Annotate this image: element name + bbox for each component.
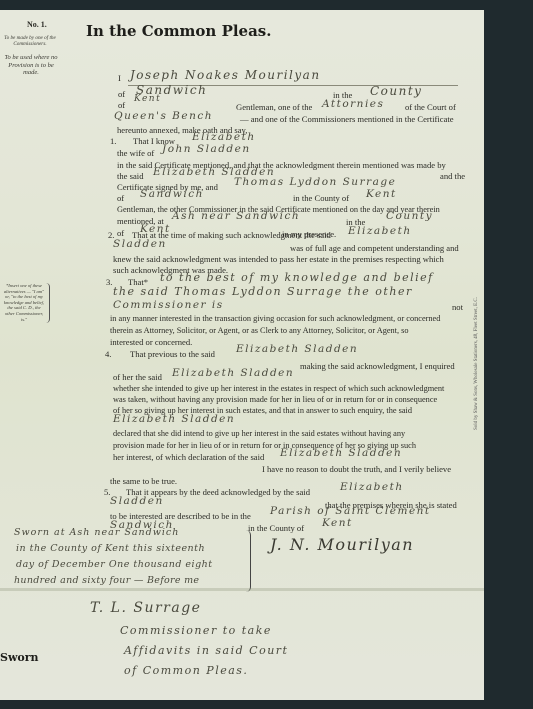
para-1-location: Ash near Sandwich: [172, 210, 300, 222]
para-4-text-10: the same to be true.: [110, 476, 177, 486]
para-4-text-1: That previous to the said: [130, 349, 215, 359]
para-4-name-2: Elizabeth Sladden: [172, 367, 294, 379]
para-1-number: 1.: [110, 136, 116, 146]
commissioner-title-1: Commissioner to take: [120, 624, 272, 637]
jurat-line-2: in the County of Kent this sixteenth: [16, 543, 205, 554]
margin-note-commissioners: To be made by one of the Commissioners.: [2, 35, 58, 47]
para-4-text-6: declared that she did intend to give up …: [113, 429, 405, 438]
para-4-text-4: was taken, without having any provision …: [113, 395, 437, 404]
para-3-number: 3.: [106, 277, 112, 287]
jurat-brace: [246, 530, 251, 592]
deponent-role: Attornies: [322, 98, 384, 110]
paper-fold: [0, 588, 484, 591]
para-5-name-first: Elizabeth: [340, 481, 404, 493]
deponent-court: Queen's Bench: [114, 110, 213, 122]
commissioners-text: — and one of the Commissioners mentioned…: [240, 114, 454, 124]
margin-note-alternatives: *Insert one of these alternatives — "I a…: [2, 283, 46, 322]
para-3-handwritten-1: to the best of my knowledge and belief: [160, 271, 434, 284]
para-1-wife-name: Elizabeth: [192, 131, 256, 143]
para-3-text-1: in any manner interested in the transact…: [110, 314, 440, 323]
deponent-county: Kent: [134, 94, 161, 104]
para-1-husband: John Sladden: [162, 143, 251, 155]
para-3-not: not: [452, 302, 463, 312]
commissioner-signature: T. L. Surrage: [90, 600, 201, 616]
para-5-county-of: in the County of: [248, 523, 304, 533]
para-3-handwritten-2: the said Thomas Lyddon Surrage the other: [113, 285, 413, 298]
para-2-text-2: was of full age and competent understand…: [290, 243, 459, 253]
para-1-other-county: Kent: [366, 188, 397, 200]
para-4-number: 4.: [105, 349, 111, 359]
para-5-county: Kent: [322, 517, 353, 529]
sworn-label: Sworn: [0, 651, 39, 664]
gentleman-text: Gentleman, one of the: [236, 102, 312, 112]
jurat-line-1: Sworn at Ash near Sandwich: [14, 527, 179, 538]
deponent-signature: J. N. Mourilyan: [270, 535, 414, 554]
court-title: In the Common Pleas.: [86, 22, 271, 40]
para-2-text-3: knew the said acknowledgment was intende…: [113, 254, 444, 264]
label-of: of: [118, 89, 125, 99]
para-1-county-of: in the County of: [293, 193, 349, 203]
jurat-line-4: hundred and sixty four — Before me: [14, 575, 199, 586]
deponent-prefix: I: [118, 73, 121, 83]
para-1-county-word: County: [386, 210, 433, 222]
side-imprint: Sold by Shaw & Sons, Wholesale Stationer…: [474, 297, 479, 430]
para-2-name-first: Elizabeth: [348, 225, 412, 237]
para-3-text-3: interested or concerned.: [110, 337, 192, 347]
para-1-of-2: of: [117, 228, 124, 238]
para-4-name-3: Elizabeth Sladden: [113, 413, 235, 425]
para-1-of: of: [117, 193, 124, 203]
para-4-text-9: I have no reason to doubt the truth, and…: [262, 464, 451, 474]
para-2-name-last: Sladden: [113, 238, 167, 250]
para-3-text-2: therein as Attorney, Solicitor, or Agent…: [110, 326, 409, 335]
label-of-2: of: [118, 100, 125, 110]
deponent-name: Joseph Noakes Mourilyan: [130, 68, 321, 82]
para-4-text-3: whether she intended to give up her inte…: [113, 384, 444, 393]
margin-note-provision: To be used where no Provision is to be m…: [4, 54, 58, 77]
form-number: No. 1.: [27, 20, 47, 29]
para-5-parish: Parish of Saint Clement: [270, 505, 431, 517]
court-of-label: of the Court of: [405, 102, 456, 112]
deponent-county-word: County: [370, 84, 422, 98]
para-4-text-8: her interest, of which declaration of th…: [113, 452, 264, 462]
para-4-name-1: Elizabeth Sladden: [236, 343, 358, 355]
para-1-other-place: Sandwich: [140, 188, 204, 200]
affidavit-document: No. 1. To be made by one of the Commissi…: [0, 10, 484, 700]
para-4-text-2: making the said acknowledgment, I enquir…: [300, 361, 455, 371]
commissioner-title-3: of Common Pleas.: [124, 664, 248, 677]
margin-brace: [46, 283, 50, 323]
jurat-line-3: day of December One thousand eight: [16, 559, 213, 570]
para-1-said: the said: [117, 171, 144, 181]
para-4-of-her: of her the said: [113, 372, 162, 382]
para-5-name-last: Sladden: [110, 495, 164, 507]
commissioner-title-2: Affidavits in said Court: [124, 644, 288, 657]
para-4-name-4: Elizabeth Sladden: [280, 447, 402, 459]
para-1-other-commissioner: Thomas Lyddon Surrage: [234, 176, 396, 188]
para-1-and-the: and the: [440, 171, 465, 181]
para-1-wife-of: the wife of: [117, 148, 154, 158]
para-3-handwritten-3: Commissioner is: [113, 299, 224, 311]
